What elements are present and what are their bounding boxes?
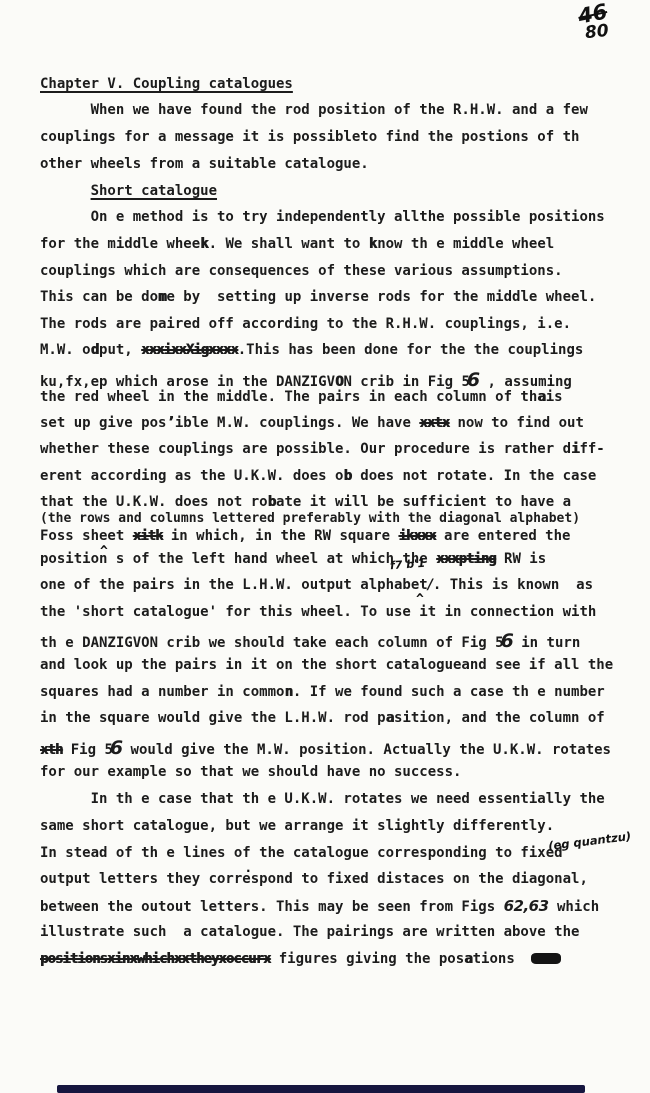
typewritten-text: does not rotate. In the case xyxy=(352,468,596,484)
typewritten-text: in which, in the RW square xyxy=(162,528,398,544)
typewritten-text: illustrate such a catalogue. The pairing… xyxy=(40,924,579,940)
handwritten-text: 6 xyxy=(467,369,479,391)
text-line: for the middle wheek. We shall want to k… xyxy=(40,236,554,252)
struck-out-text: positionsxinxwhichxxtheyxoccurx xyxy=(40,951,270,967)
typewritten-text: is xyxy=(546,389,563,405)
overtyped-character: a xyxy=(386,710,394,726)
typewritten-text: squares had a number in commo xyxy=(40,684,284,700)
typewritten-text: in turn xyxy=(513,635,580,651)
typewritten-text: ff- xyxy=(579,441,604,457)
text-line: In th e case that th e U.K.W. rotates we… xyxy=(40,791,605,807)
overtyped-character: b xyxy=(343,468,351,484)
text-line: squares had a number in common. If we fo… xyxy=(40,684,605,700)
typewritten-text: other wheels from a suitable catalogue. xyxy=(40,156,369,172)
struck-out-text: xxxixxXigxxxx xyxy=(141,342,238,358)
typewritten-text: couplings which are consequences of thes… xyxy=(40,263,563,279)
typewritten-text: whether these couplings are possible. Ou… xyxy=(40,441,571,457)
text-line: that the U.K.W. does not robate it will … xyxy=(40,494,571,510)
typewritten-text: In th e case that th e U.K.W. rotates we… xyxy=(40,791,605,807)
typewritten-text: now th e middle wheel xyxy=(377,236,554,252)
typewritten-text: for our example so that we should have n… xyxy=(40,764,461,780)
typewritten-text: the 'short catalogue' for this wheel. To… xyxy=(40,604,596,620)
typewritten-text: RW is xyxy=(496,551,547,567)
handwritten-insertion-note: f7 b'1 xyxy=(390,557,426,572)
typewritten-text: Foss sheet xyxy=(40,528,133,544)
overtyped-character: a xyxy=(537,389,545,405)
typewritten-text: .This has been done for the the coupling… xyxy=(238,342,584,358)
text-line: (the rows and columns lettered preferabl… xyxy=(40,511,580,526)
typewritten-text: the red wheel in the middle. The pairs i… xyxy=(40,389,537,405)
text-line: This can be dome by setting up inverse r… xyxy=(40,289,596,305)
text-line: output letters they correspond to fixed … xyxy=(40,871,588,887)
ink-blob xyxy=(531,953,561,964)
struck-out-text: xitk xyxy=(133,528,163,544)
text-line: M.W. odput, xxxixxXigxxxx.This has been … xyxy=(40,342,583,358)
struck-out-text: xxtx xyxy=(419,415,449,431)
document-page: 46 80 Chapter V. Coupling catalogues Whe… xyxy=(0,0,650,1093)
handwritten-text: 6 xyxy=(501,630,513,652)
typewritten-text: same short catalogue, but we arrange it … xyxy=(40,818,554,834)
typewritten-text: Fig 5 xyxy=(62,742,113,758)
caret-insertion-mark: ^ xyxy=(416,592,424,607)
typewritten-text: in the square would give the L.H.W. rod … xyxy=(40,710,386,726)
text-line: between the outout letters. This may be … xyxy=(40,897,599,915)
typewritten-text: This can be do xyxy=(40,289,158,305)
typewritten-text: erent according as the U.K.W. does o xyxy=(40,468,343,484)
text-line: erent according as the U.K.W. does ob do… xyxy=(40,468,596,484)
text-line: ku,fx,ep which arose in the DANZIGVON cr… xyxy=(40,369,572,391)
text-line: Foss sheet xitk in which, in the RW squa… xyxy=(40,528,570,544)
overtyped-character: k xyxy=(200,236,208,252)
typewritten-text: . We shall want to xyxy=(209,236,369,252)
overtyped-character: a xyxy=(464,951,472,967)
handwritten-text: 62,63 xyxy=(504,897,549,915)
underlined-heading-text: Short catalogue xyxy=(91,183,217,199)
text-line: positionsxinxwhichxxtheyxoccurx figures … xyxy=(40,951,561,967)
typewritten-text: ku,fx,ep which arose in the DANZIGV xyxy=(40,374,335,390)
struck-out-text: xxxpting xyxy=(436,551,495,567)
typewritten-text: sition, and the column of xyxy=(394,710,605,726)
caret-insertion-mark: ^ xyxy=(100,544,108,559)
text-line: The rods are paired off according to the… xyxy=(40,316,571,332)
text-line: and look up the pairs in it on the short… xyxy=(40,657,613,673)
text-line: Short catalogue xyxy=(40,183,217,199)
typewritten-text: are entered the xyxy=(436,528,571,544)
typewritten-text: between the outout letters. This may be … xyxy=(40,899,504,915)
typewritten-text: . If we found such a case th e number xyxy=(293,684,605,700)
text-line: one of the pairs in the L.H.W. output al… xyxy=(40,577,593,593)
typewritten-text: ate it will be sufficient to have a xyxy=(276,494,571,510)
text-line: other wheels from a suitable catalogue. xyxy=(40,156,369,172)
typewritten-text: ible M.W. couplings. We have xyxy=(175,415,419,431)
typewritten-text xyxy=(40,183,91,199)
struck-out-text: xth xyxy=(40,742,62,758)
typewritten-text: In stead of th e lines of the catalogue … xyxy=(40,845,563,861)
text-line: illustrate such a catalogue. The pairing… xyxy=(40,924,579,940)
text-line: the 'short catalogue' for this wheel. To… xyxy=(40,604,596,620)
typewritten-text: now to find out xyxy=(449,415,584,431)
typewritten-text: th e DANZIGVON crib we should take each … xyxy=(40,635,504,651)
typewritten-text: e by setting up inverse rods for the mid… xyxy=(166,289,596,305)
typewritten-text: When we have found the rod position of t… xyxy=(40,102,588,118)
typewritten-text: for the middle whee xyxy=(40,236,200,252)
typewritten-text: and look up the pairs in it on the short… xyxy=(40,657,613,673)
text-line: same short catalogue, but we arrange it … xyxy=(40,818,554,834)
text-line: th e DANZIGVON crib we should take each … xyxy=(40,630,580,652)
text-line: position s of the left hand wheel at whi… xyxy=(40,551,546,567)
text-line: In stead of th e lines of the catalogue … xyxy=(40,845,563,861)
typewritten-text: tions xyxy=(473,951,524,967)
text-line: the red wheel in the middle. The pairs i… xyxy=(40,389,563,405)
text-line: When we have found the rod position of t… xyxy=(40,102,588,118)
text-line: Chapter V. Coupling catalogues xyxy=(40,76,293,92)
handwritten-text: 6 xyxy=(110,737,122,759)
text-line: for our example so that we should have n… xyxy=(40,764,461,780)
typewritten-text: . This is known as xyxy=(433,577,593,593)
typewritten-text: set up give pos xyxy=(40,415,166,431)
text-line: couplings which are consequences of thes… xyxy=(40,263,563,279)
text-line: xth Fig 56 would give the M.W. position.… xyxy=(40,737,611,759)
typewritten-text: , assuming xyxy=(479,374,572,390)
struck-out-text: ikxxx xyxy=(398,528,435,544)
scan-edge-bar xyxy=(57,1085,585,1093)
overtyped-character: n xyxy=(284,684,292,700)
typewritten-text: N crib in Fig 5 xyxy=(343,374,469,390)
handwritten-marginal-note: (eg quantzu) xyxy=(547,829,631,853)
typewritten-text: M.W. o xyxy=(40,342,91,358)
overtyped-character: k xyxy=(369,236,377,252)
stray-mark: · xyxy=(246,864,251,878)
page-number: 80 xyxy=(584,21,610,43)
typewritten-text: couplings for a message it is possibleto… xyxy=(40,129,579,145)
overtyped-character: d xyxy=(91,342,99,358)
overtyped-character: b xyxy=(268,494,276,510)
text-line: set up give posʼible M.W. couplings. We … xyxy=(40,415,584,431)
typewritten-text: The rods are paired off according to the… xyxy=(40,316,571,332)
typewritten-text: which xyxy=(549,899,600,915)
typewritten-text: On e method is to try independently allt… xyxy=(40,209,605,225)
typewritten-text: one of the pairs in the L.H.W. output al… xyxy=(40,577,428,593)
typewritten-text: figures giving the pos xyxy=(270,951,464,967)
typewritten-text: output letters they correspond to fixed … xyxy=(40,871,588,887)
typewritten-text: put, xyxy=(99,342,141,358)
text-line: whether these couplings are possible. Ou… xyxy=(40,441,605,457)
overtyped-character: ʼ xyxy=(166,415,174,431)
underlined-heading-text: Chapter V. Coupling catalogues xyxy=(40,76,293,92)
typewritten-text: (the rows and columns lettered preferabl… xyxy=(40,511,580,526)
typewritten-text: that the U.K.W. does not ro xyxy=(40,494,268,510)
text-line: in the square would give the L.H.W. rod … xyxy=(40,710,605,726)
text-line: On e method is to try independently allt… xyxy=(40,209,605,225)
text-line: couplings for a message it is possibleto… xyxy=(40,129,579,145)
typewritten-text: would give the M.W. position. Actually t… xyxy=(122,742,611,758)
